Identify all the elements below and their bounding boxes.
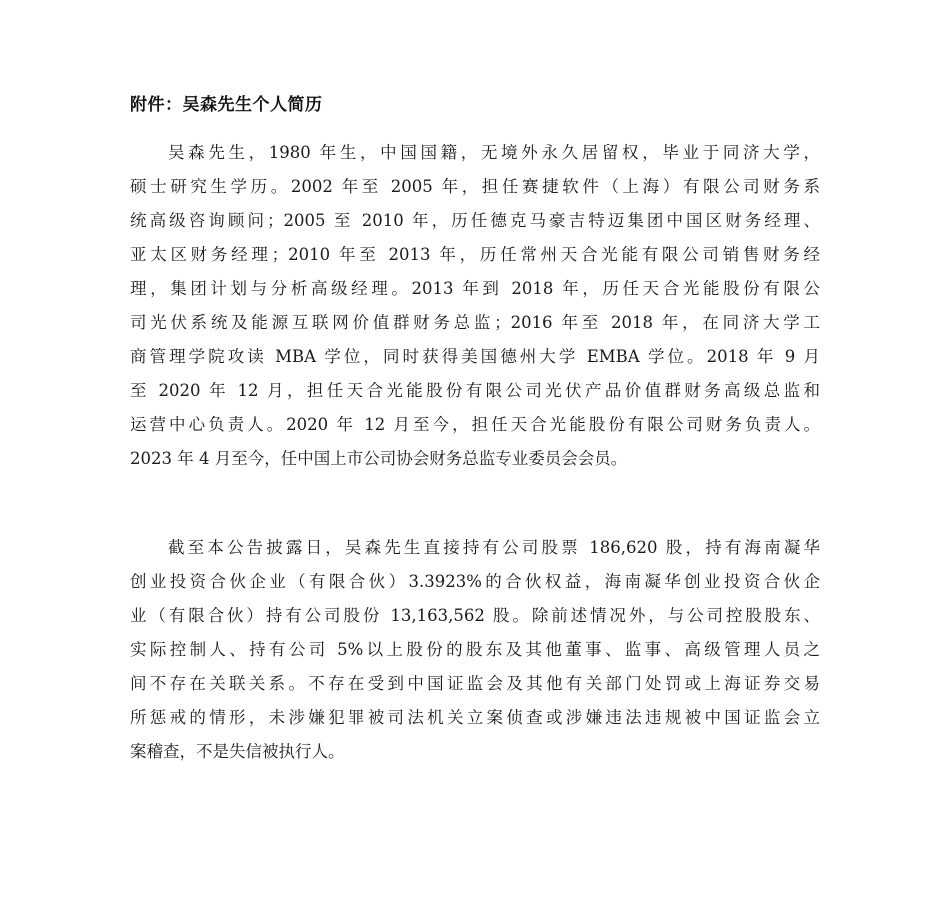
- text-line: 理，集团计划与分析高级经理。2013 年到 2018 年，历任天合光能股份有限公: [130, 272, 820, 306]
- document-page: 附件：吴森先生个人简历 吴森先生，1980 年生，中国国籍，无境外永久居留权，毕…: [0, 0, 949, 897]
- page-title: 附件：吴森先生个人简历: [130, 90, 323, 115]
- text-line: 硕士研究生学历。2002 年至 2005 年，担任赛捷软件（上海）有限公司财务系: [130, 170, 820, 204]
- text-line: 商管理学院攻读 MBA 学位，同时获得美国德州大学 EMBA 学位。2018 年…: [130, 340, 820, 374]
- shareholding-paragraph: 截至本公告披露日，吴森先生直接持有公司股票 186,620 股，持有海南凝华 创…: [130, 531, 820, 769]
- text-line: 案稽查，不是失信被执行人。: [130, 735, 820, 769]
- text-line: 至 2020 年 12 月，担任天合光能股份有限公司光伏产品价值群财务高级总监和: [130, 374, 820, 408]
- text-line: 间不存在关联关系。不存在受到中国证监会及其他有关部门处罚或上海证券交易: [130, 667, 820, 701]
- text-line: 吴森先生，1980 年生，中国国籍，无境外永久居留权，毕业于同济大学，: [130, 136, 820, 170]
- text-line: 2023 年 4 月至今，任中国上市公司协会财务总监专业委员会会员。: [130, 442, 820, 476]
- text-line: 业（有限合伙）持有公司股份 13,163,562 股。除前述情况外，与公司控股股…: [130, 599, 820, 633]
- text-line: 司光伏系统及能源互联网价值群财务总监；2016 年至 2018 年，在同济大学工: [130, 306, 820, 340]
- text-line: 实际控制人、持有公司 5%以上股份的股东及其他董事、监事、高级管理人员之: [130, 633, 820, 667]
- resume-paragraph: 吴森先生，1980 年生，中国国籍，无境外永久居留权，毕业于同济大学， 硕士研究…: [130, 136, 820, 476]
- text-line: 统高级咨询顾问；2005 至 2010 年，历任德克马豪吉特迈集团中国区财务经理…: [130, 204, 820, 238]
- text-line: 运营中心负责人。2020 年 12 月至今，担任天合光能股份有限公司财务负责人。: [130, 408, 820, 442]
- text-line: 所惩戒的情形，未涉嫌犯罪被司法机关立案侦查或涉嫌违法违规被中国证监会立: [130, 701, 820, 735]
- text-line: 亚太区财务经理；2010 年至 2013 年，历任常州天合光能有限公司销售财务经: [130, 238, 820, 272]
- text-line: 截至本公告披露日，吴森先生直接持有公司股票 186,620 股，持有海南凝华: [130, 531, 820, 565]
- text-line: 创业投资合伙企业（有限合伙）3.3923%的合伙权益，海南凝华创业投资合伙企: [130, 565, 820, 599]
